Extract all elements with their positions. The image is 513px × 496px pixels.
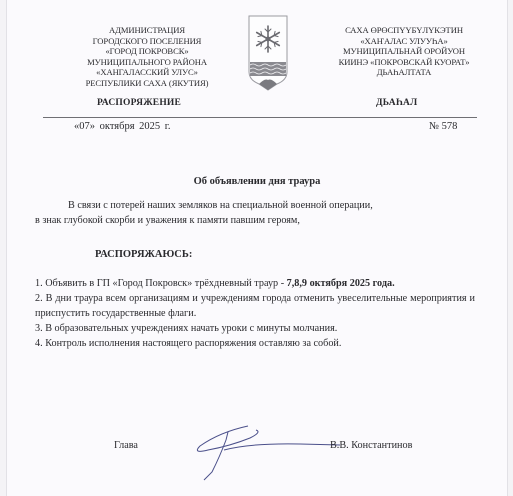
document-date: «07» октября 2025 г.: [74, 121, 171, 132]
header-left-line: АДМИНИСТРАЦИЯ: [67, 25, 227, 36]
preamble: В связи с потерей наших земляков на спец…: [35, 198, 475, 228]
header-left-russian: АДМИНИСТРАЦИЯ ГОРОДСКОГО ПОСЕЛЕНИЯ «ГОРО…: [67, 25, 227, 89]
decree-item-3: 3. В образовательных учреждениях начать …: [35, 321, 475, 336]
document-number: № 578: [429, 121, 457, 132]
header-left-line: ГОРОДСКОГО ПОСЕЛЕНИЯ: [67, 36, 227, 47]
doc-type-russian: РАСПОРЯЖЕНИЕ: [97, 98, 181, 108]
preamble-line: В связи с потерей наших земляков на спец…: [35, 198, 475, 213]
handwritten-signature-icon: [190, 420, 340, 482]
header-right-yakut: САХА ӨРӨСПҮҮБҮЛҮКЭТИН «ХАҤАЛАС УЛУУҺА» М…: [329, 25, 479, 78]
header-right-line: «ХАҤАЛАС УЛУУҺА»: [329, 36, 479, 47]
decree-item-text: 1. Объявить в ГП «Город Покровск» трёхдн…: [35, 278, 287, 289]
document-title: Об объявлении дня траура: [7, 176, 507, 187]
mourning-dates: 7,8,9 октября 2025 года.: [287, 278, 395, 289]
doc-type-yakut: ДЬАҺАЛ: [376, 98, 417, 108]
decree-item-4: 4. Контроль исполнения настоящего распор…: [35, 336, 475, 351]
header-left-line: РЕСПУБЛИКИ САХА (ЯКУТИЯ): [67, 78, 227, 89]
header-right-line: КИИНЭ «ПОКРОВСКАЙ КУОРАТ»: [329, 57, 479, 68]
decree-items: 1. Объявить в ГП «Город Покровск» трёхдн…: [35, 276, 475, 351]
preamble-line: в знак глубокой скорби и уважения к памя…: [35, 213, 475, 228]
header-right-line: ДЬАҺАЛТАТА: [329, 67, 479, 78]
header-left-line: «ХАНГАЛАССКИЙ УЛУС»: [67, 67, 227, 78]
decree-item-1: 1. Объявить в ГП «Город Покровск» трёхдн…: [35, 276, 475, 291]
decree-label: РАСПОРЯЖАЮСЬ:: [95, 249, 192, 260]
decree-item-2: 2. В дни траура всем организациям и учре…: [35, 291, 475, 321]
header-divider: [43, 117, 477, 118]
header-right-line: МУНИЦИПАЛЬНАЙ ОРОЙУОН: [329, 46, 479, 57]
signatory-name: В.В. Константинов: [330, 440, 412, 451]
header-left-line: «ГОРОД ПОКРОВСК»: [67, 46, 227, 57]
header-right-line: САХА ӨРӨСПҮҮБҮЛҮКЭТИН: [329, 25, 479, 36]
coat-of-arms-snowflake-icon: [247, 14, 289, 92]
document-page: АДМИНИСТРАЦИЯ ГОРОДСКОГО ПОСЕЛЕНИЯ «ГОРО…: [6, 0, 508, 496]
header-left-line: МУНИЦИПАЛЬНОГО РАЙОНА: [67, 57, 227, 68]
signatory-role: Глава: [114, 440, 138, 451]
